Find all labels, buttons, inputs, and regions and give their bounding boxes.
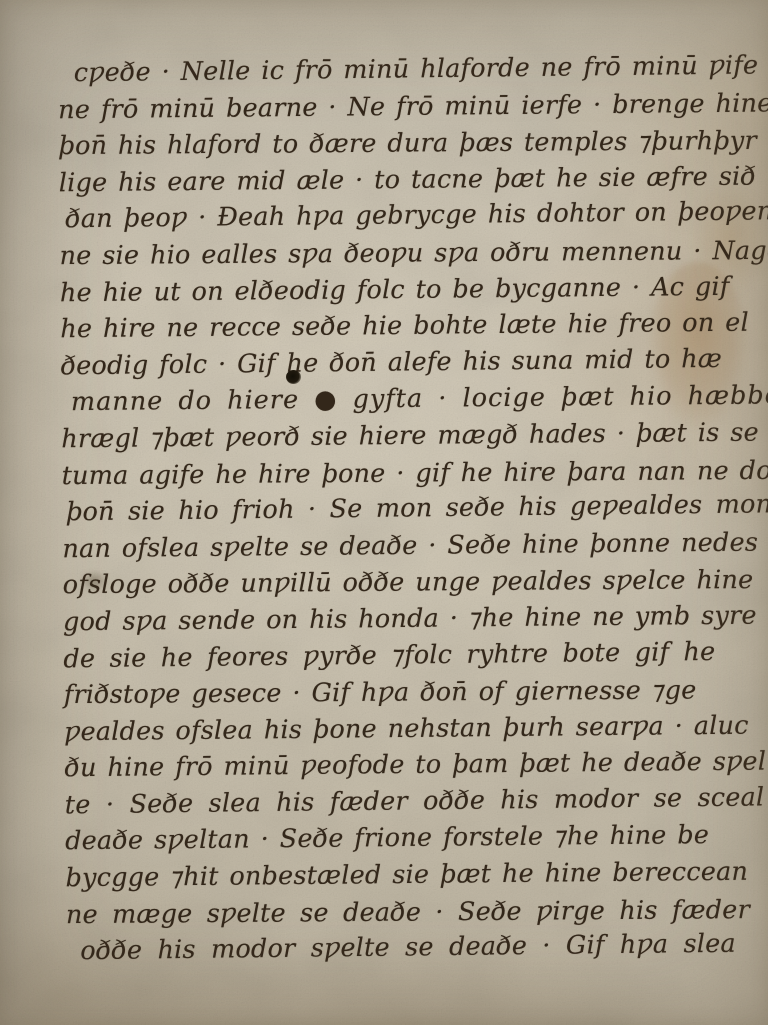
manuscript-line: friðstoƿe gesece · Gif hƿa ðon̄ of giern… [64, 672, 740, 714]
manuscript-line: de sie he feores ƿyrðe ⁊folc ryhtre bote… [63, 633, 739, 677]
manuscript-line: þon̄ his hlaford to ðære dura þæs temple… [58, 123, 734, 165]
manuscript-line: oððe his modor sƿelte se deaðe · Gif hƿa… [66, 926, 742, 970]
manuscript-text-block: cƿeðe · Nelle ic frō minū hlaforde ne fr… [58, 49, 743, 970]
manuscript-line: ne sie hio ealles sƿa ðeoƿu sƿa oðru men… [59, 233, 735, 275]
manuscript-line: nan ofslea sƿelte se deaðe · Seðe hine þ… [62, 524, 738, 567]
manuscript-line: te · Seðe slea his fæder oððe his modor … [65, 780, 741, 824]
manuscript-line: ofsloge oððe unƿillū oððe unge ƿealdes s… [63, 562, 739, 604]
manuscript-line: ðeodig folc · Gif he ðon̄ alefe his suna… [60, 340, 736, 384]
manuscript-line: ne frō minū bearne · Ne frō minū ierfe ·… [58, 85, 734, 128]
manuscript-line: ðan þeoƿ · Ðeah hƿa gebrycge his dohtor … [59, 194, 735, 238]
manuscript-line: bycgge ⁊hit onbestæled sie þæt he hine b… [65, 854, 741, 897]
manuscript-page: cƿeðe · Nelle ic frō minū hlaforde ne fr… [0, 0, 768, 1025]
manuscript-line: hrægl ⁊þæt ƿeorð sie hiere mægð hades · … [61, 415, 737, 458]
manuscript-line: þon̄ sie hio frioh · Se mon seðe his geƿ… [62, 487, 738, 531]
parchment-hole [286, 370, 301, 384]
manuscript-line: cƿeðe · Nelle ic frō minū hlaforde ne fr… [58, 48, 734, 92]
